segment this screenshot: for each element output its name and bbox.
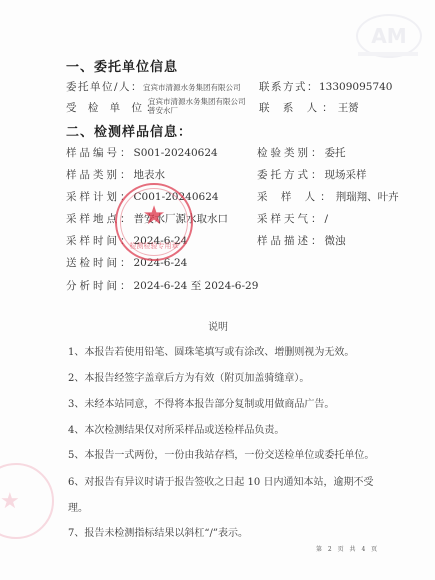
field-value: 2024-6-24 至 2024-6-29 [134, 278, 259, 293]
section-client-info-title: 一、委托单位信息 [66, 56, 178, 75]
field-sampling-weather: 采样天气： / [257, 211, 328, 226]
page-number: 第 2 页 共 4 页 [316, 544, 379, 553]
note-item: 2、本报告经签字盖章后方为有效（附页加盖骑缝章）。 [68, 369, 309, 384]
field-label: 检验类别： [257, 145, 325, 160]
client-label: 委托单位/人： [66, 79, 143, 94]
note-item: 6、对报告有异议时请于报告签收之日起 10 日内通知本站，逾期不受 [68, 473, 373, 488]
contact-person-label: 联 系 人： [259, 100, 338, 115]
field-label: 分析时间： [66, 278, 134, 293]
field-value: 委托 [325, 145, 346, 160]
note-item: 7、报告未检测指标结果以斜杠“/”表示。 [68, 524, 248, 539]
seal-text: 检测检验专用章 [123, 241, 185, 251]
field-label: 送检时间： [66, 255, 134, 270]
logo-underline-decoration [358, 52, 418, 56]
field-inspection-type: 检验类别： 委托 [257, 145, 346, 160]
note-item: 1、本报告若使用铅笔、圆珠笔填写或有涂改、增删则视为无效。 [68, 343, 354, 358]
inspected-unit-label: 受 检 单 位： [66, 100, 161, 115]
faint-seal-bleedthrough: ★ [0, 463, 54, 539]
contact-method-value: 13309095740 [319, 81, 393, 93]
field-sampler: 采 样 人： 荆瑞翔、叶卉 [257, 189, 399, 204]
field-value: 现场采样 [325, 167, 367, 182]
note-item: 理。 [68, 499, 88, 514]
field-label: 采样天气： [257, 211, 325, 226]
field-value: 微浊 [325, 233, 346, 248]
contact-method-label: 联系方式： [259, 79, 319, 94]
notes-title: 说明 [208, 318, 228, 333]
contact-person-row: 联 系 人： 王赟 [259, 100, 359, 115]
field-label: 委托方式： [257, 167, 325, 182]
note-item: 4、本次检测结果仅对所采样品或送检样品负责。 [68, 421, 284, 436]
note-item: 5、本报告一式两份，一份由我站存档，一份交送检单位或委托单位。 [68, 446, 374, 461]
client-row: 委托单位/人： 宜宾市清源水务集团有限公司 [66, 79, 241, 94]
field-value: S001-20240624 [134, 147, 218, 159]
field-sample-number: 样品编号： S001-20240624 [66, 145, 218, 160]
field-label: 样品类别： [66, 167, 134, 182]
report-page: AM 一、委托单位信息 委托单位/人： 宜宾市清源水务集团有限公司 联系方式： … [0, 0, 435, 580]
client-value: 宜宾市清源水务集团有限公司 [143, 83, 241, 92]
contact-method-row: 联系方式： 13309095740 [259, 79, 393, 94]
note-item: 3、未经本站同意，不得将本报告部分复制或用做商品广告。 [68, 395, 334, 410]
field-label: 样品编号： [66, 145, 134, 160]
field-sample-description: 样品描述： 微浊 [257, 233, 346, 248]
field-label: 样品描述： [257, 233, 325, 248]
official-red-seal: ★ 检测检验专用章 [115, 183, 193, 261]
star-icon: ★ [117, 201, 191, 231]
field-label: 采 样 人： [257, 189, 336, 204]
contact-person-value: 王赟 [338, 100, 359, 115]
field-analysis-time: 分析时间： 2024-6-24 至 2024-6-29 [66, 278, 258, 293]
inspected-unit-value: 宜宾市清源水务集团有限公司 普安水厂 [148, 97, 246, 115]
inspected-unit-value-line1: 宜宾市清源水务集团有限公司 [148, 97, 246, 106]
field-value: 荆瑞翔、叶卉 [336, 189, 399, 204]
star-icon: ★ [0, 489, 20, 514]
inspected-unit-value-line2: 普安水厂 [148, 106, 246, 115]
section-sample-info-title: 二、检测样品信息： [66, 121, 192, 140]
field-value: / [325, 213, 329, 225]
field-sample-category: 样品类别： 地表水 [66, 167, 165, 182]
field-value: 地表水 [134, 167, 166, 182]
field-commission-method: 委托方式： 现场采样 [257, 167, 367, 182]
